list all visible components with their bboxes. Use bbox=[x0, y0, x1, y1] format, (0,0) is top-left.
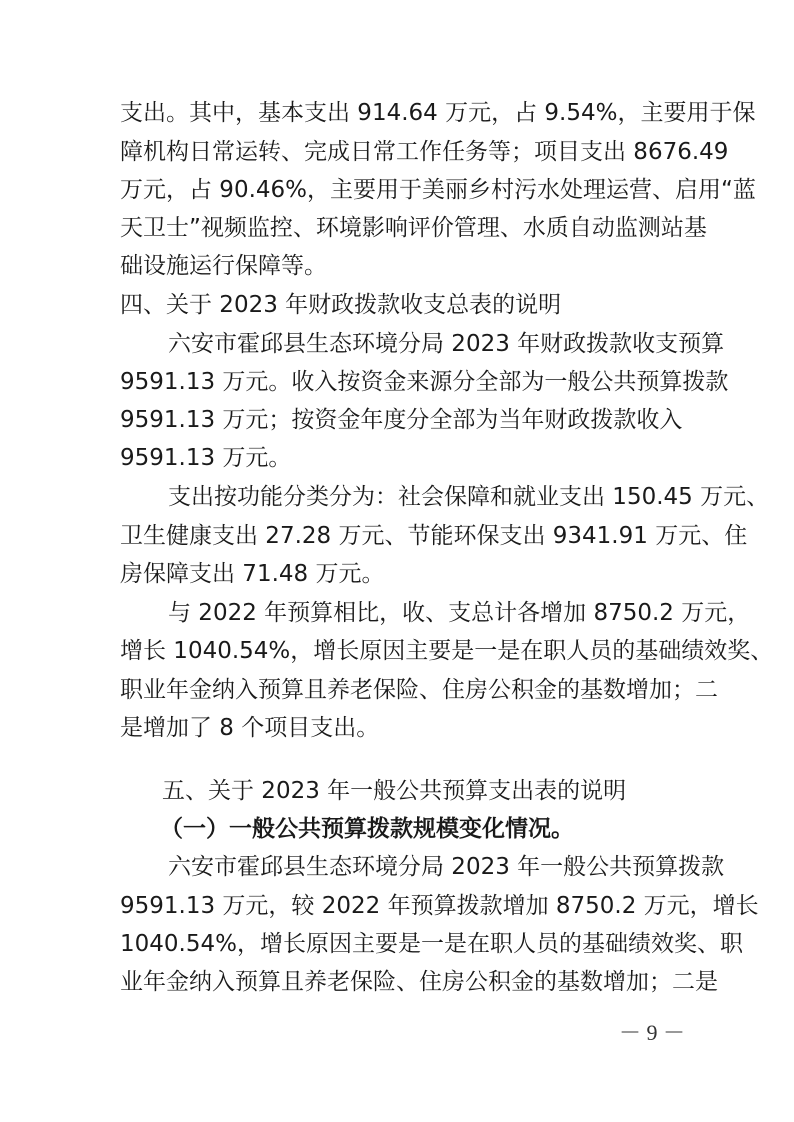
paragraph-line: 六安市霍邱县生态环境分局 2023 年财政拨款收支预算 bbox=[168, 327, 676, 361]
paragraph-line: 支出按功能分类分为：社会保障和就业支出 150.45 万元、 bbox=[168, 480, 676, 514]
paragraph-line: 增长 1040.54%，增长原因主要是一是在职人员的基础绩效奖、 bbox=[120, 634, 676, 668]
section-heading-4: 四、关于 2023 年财政拨款收支总表的说明 bbox=[120, 288, 676, 322]
paragraph-line: 房保障支出 71.48 万元。 bbox=[120, 557, 676, 591]
paragraph-line: 9591.13 万元。收入按资金来源分全部为一般公共预算拨款 bbox=[120, 365, 676, 399]
paragraph-line: 9591.13 万元。 bbox=[120, 441, 676, 475]
paragraph-line: 1040.54%，增长原因主要是一是在职人员的基础绩效奖、职 bbox=[120, 927, 676, 961]
subsection-heading-1: （一）一般公共预算拨款规模变化情况。 bbox=[160, 812, 676, 846]
section-heading-5: 五、关于 2023 年一般公共预算支出表的说明 bbox=[162, 774, 676, 808]
paragraph-line: 业年金纳入预算且养老保险、住房公积金的基数增加；二是 bbox=[120, 965, 676, 999]
page-number: － 9 － bbox=[612, 1018, 692, 1048]
paragraph-line: 六安市霍邱县生态环境分局 2023 年一般公共预算拨款 bbox=[168, 850, 676, 884]
paragraph-line: 障机构日常运转、完成日常工作任务等；项目支出 8676.49 bbox=[120, 135, 676, 169]
paragraph-line: 是增加了 8 个项目支出。 bbox=[120, 711, 676, 745]
paragraph-line: 卫生健康支出 27.28 万元、节能环保支出 9341.91 万元、住 bbox=[120, 519, 676, 553]
paragraph-line: 础设施运行保障等。 bbox=[120, 249, 676, 283]
paragraph-line: 万元，占 90.46%，主要用于美丽乡村污水处理运营、启用“蓝 bbox=[120, 173, 676, 207]
paragraph-line: 与 2022 年预算相比，收、支总计各增加 8750.2 万元， bbox=[168, 596, 676, 630]
document-page: 支出。其中，基本支出 914.64 万元，占 9.54%，主要用于保 障机构日常… bbox=[0, 0, 794, 1122]
paragraph-line: 9591.13 万元，较 2022 年预算拨款增加 8750.2 万元，增长 bbox=[120, 889, 676, 923]
paragraph-line: 9591.13 万元；按资金年度分全部为当年财政拨款收入 bbox=[120, 403, 676, 437]
paragraph-line: 职业年金纳入预算且养老保险、住房公积金的基数增加；二 bbox=[120, 673, 676, 707]
paragraph-line: 支出。其中，基本支出 914.64 万元，占 9.54%，主要用于保 bbox=[120, 96, 676, 130]
paragraph-line: 天卫士”视频监控、环境影响评价管理、水质自动监测站基 bbox=[120, 211, 676, 245]
